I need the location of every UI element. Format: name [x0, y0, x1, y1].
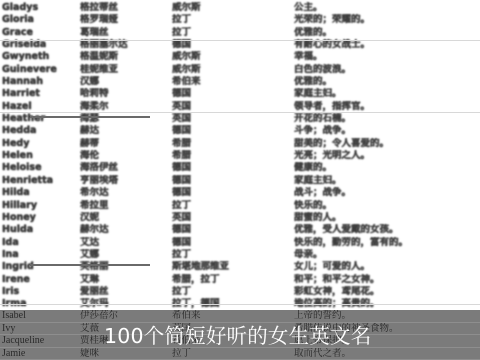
chinese-name-cell: 格温妮斯	[80, 51, 170, 63]
table-row: Grace葛瑞丝拉丁优雅的。	[0, 27, 480, 39]
meaning-cell: 和平；和平之女神。	[294, 274, 480, 286]
meaning-cell: 战斗；战争。	[294, 187, 480, 199]
chinese-name-cell: 葛瑞丝	[80, 27, 170, 39]
chinese-name-cell: 婕咪	[80, 348, 170, 360]
english-name-cell: Henrietta	[2, 175, 78, 187]
meaning-cell: 家庭主妇。	[294, 175, 480, 187]
english-name-cell: Heloise	[2, 162, 78, 174]
chinese-name-cell: 格拉蒂丝	[80, 2, 170, 14]
table-row: Hannah汉娜希伯来优雅的。	[0, 76, 480, 88]
chinese-name-cell: 希尔达	[80, 187, 170, 199]
table-row: Isabel伊莎蓓尔希伯来上帝的誓约。	[0, 310, 480, 323]
chinese-name-cell: 艾达	[80, 237, 170, 249]
origin-cell: 拉丁	[172, 14, 290, 26]
table-row: Hedda赫达德国斗争；战争。	[0, 125, 480, 137]
meaning-cell: 领导者，指挥官。	[294, 101, 480, 113]
origin-cell: 拉丁	[172, 200, 290, 212]
table-row: Irene艾琳希腊，拉丁和平；和平之女神。	[0, 274, 480, 286]
table-row: Gladys格拉蒂丝威尔斯公主。	[0, 2, 480, 14]
english-name-cell: Hilda	[2, 187, 78, 199]
origin-cell: 威尔斯	[172, 51, 290, 63]
english-name-cell: Jacqueline	[2, 335, 78, 347]
english-name-cell: Hillary	[2, 200, 78, 212]
table-row: Heather海瑟英国开花的石楠。	[0, 113, 480, 125]
chinese-name-cell: 爱丽丝	[80, 286, 170, 298]
chinese-name-cell: 汉娜	[80, 76, 170, 88]
origin-cell: 德国	[172, 187, 290, 199]
table-row: Honey汉妮英国甜蜜的人。	[0, 212, 480, 224]
meaning-cell: 健康的。	[294, 162, 480, 174]
meaning-cell: 甜美的；令人喜爱的。	[294, 138, 480, 150]
english-name-cell: Honey	[2, 212, 78, 224]
table-row: Jamie婕咪拉丁取而代之者。	[0, 348, 480, 360]
chinese-name-cell: 海瑟	[80, 113, 170, 125]
chinese-name-cell: 海柔尔	[80, 101, 170, 113]
english-name-cell: Heather	[2, 113, 78, 125]
chinese-name-cell: 艾琳	[80, 274, 170, 286]
meaning-cell: 光荣的；荣耀的。	[294, 14, 480, 26]
english-name-cell: Gwyneth	[2, 51, 78, 63]
english-name-cell: Irene	[2, 274, 78, 286]
english-name-cell: Guinevere	[2, 64, 78, 76]
origin-cell: 威尔斯	[172, 64, 290, 76]
origin-cell: 德国	[172, 125, 290, 137]
table-row: Harriet哈莉特德国家庭主妇。	[0, 88, 480, 100]
origin-cell: 英国	[172, 101, 290, 113]
origin-cell: 希伯来	[172, 310, 290, 322]
chinese-name-cell: 赫尔达	[80, 224, 170, 236]
english-name-cell: Jamie	[2, 348, 78, 360]
origin-cell: 拉丁	[172, 348, 290, 360]
origin-cell: 德国	[172, 237, 290, 249]
origin-cell: 拉丁	[172, 27, 290, 39]
meaning-cell: 快乐的，勤劳的，富有的。	[294, 237, 480, 249]
chinese-name-cell: 伊莎蓓尔	[80, 310, 170, 322]
english-name-cell: Hulda	[2, 224, 78, 236]
chinese-name-cell: 桂妮维亚	[80, 64, 170, 76]
chinese-name-cell: 海洛伊丝	[80, 162, 170, 174]
meaning-cell: 斗争；战争。	[294, 125, 480, 137]
meaning-cell: 幸福。	[294, 51, 480, 63]
table-row: Henrietta亨丽埃塔德国家庭主妇。	[0, 175, 480, 187]
table-row: Ina艾娜拉丁母亲。	[0, 249, 480, 261]
origin-cell: 斯堪地那维亚	[172, 261, 290, 273]
row-divider	[0, 112, 480, 113]
meaning-cell: 优雅的。	[294, 27, 480, 39]
table-row: Gwyneth格温妮斯威尔斯幸福。	[0, 51, 480, 63]
row-divider	[30, 116, 150, 118]
table-row: Hilda希尔达德国战斗；战争。	[0, 187, 480, 199]
table-row: Hedy赫蒂希腊甜美的；令人喜爱的。	[0, 138, 480, 150]
english-name-cell: Ivy	[2, 323, 78, 335]
table-row: Ida艾达德国快乐的，勤劳的，富有的。	[0, 237, 480, 249]
row-divider	[0, 40, 480, 41]
english-name-cell: Iris	[2, 286, 78, 298]
table-row: Guinevere桂妮维亚威尔斯白色的波浪。	[0, 64, 480, 76]
meaning-cell: 取而代之者。	[294, 348, 480, 360]
english-name-cell: Gloria	[2, 14, 78, 26]
chinese-name-cell: 格罗瑞娅	[80, 14, 170, 26]
meaning-cell: 女儿；可爱的人。	[294, 261, 480, 273]
meaning-cell: 白色的波浪。	[294, 64, 480, 76]
meaning-cell: 甜蜜的人。	[294, 212, 480, 224]
origin-cell: 希腊	[172, 150, 290, 162]
table-row: Helen海伦希腊光亮；光明之人。	[0, 150, 480, 162]
origin-cell: 英国	[172, 113, 290, 125]
origin-cell: 希伯来	[172, 76, 290, 88]
english-name-cell: Isabel	[2, 310, 78, 322]
meaning-cell: 上帝的誓约。	[294, 310, 480, 322]
meaning-cell: 公主。	[294, 2, 480, 14]
origin-cell: 希腊	[172, 138, 290, 150]
chinese-name-cell: 希拉里	[80, 200, 170, 212]
chinese-name-cell: 亨丽埃塔	[80, 175, 170, 187]
meaning-cell: 优雅，受人爱戴的女孩。	[294, 224, 480, 236]
meaning-cell: 光亮；光明之人。	[294, 150, 480, 162]
chinese-name-cell: 艾娜	[80, 249, 170, 261]
table-row: Hulda赫尔达德国优雅，受人爱戴的女孩。	[0, 224, 480, 236]
meaning-cell: 开花的石楠。	[294, 113, 480, 125]
chinese-name-cell: 赫蒂	[80, 138, 170, 150]
table-row: Gloria格罗瑞娅拉丁光荣的；荣耀的。	[0, 14, 480, 26]
chinese-name-cell: 海伦	[80, 150, 170, 162]
chinese-name-cell: 汉妮	[80, 212, 170, 224]
origin-cell: 希腊，拉丁	[172, 274, 290, 286]
meaning-cell: 彩虹女神，鸢尾花。	[294, 286, 480, 298]
table-row: Iris爱丽丝拉丁彩虹女神，鸢尾花。	[0, 286, 480, 298]
page-title: 100个简短好听的女生英文名	[104, 323, 371, 349]
meaning-cell: 快乐的。	[294, 200, 480, 212]
english-name-cell: Hedy	[2, 138, 78, 150]
origin-cell: 威尔斯	[172, 2, 290, 14]
meaning-cell: 家庭主妇。	[294, 88, 480, 100]
meaning-cell: 优雅的。	[294, 76, 480, 88]
english-name-cell: Hedda	[2, 125, 78, 137]
origin-cell: 德国	[172, 175, 290, 187]
chinese-name-cell: 哈莉特	[80, 88, 170, 100]
origin-cell: 英国	[172, 212, 290, 224]
english-name-cell: Harriet	[2, 88, 78, 100]
english-name-cell: Grace	[2, 27, 78, 39]
table-row: Heloise海洛伊丝德国健康的。	[0, 162, 480, 174]
english-name-cell: Helen	[2, 150, 78, 162]
origin-cell: 德国	[172, 88, 290, 100]
origin-cell: 拉丁	[172, 249, 290, 261]
english-name-cell: Ina	[2, 249, 78, 261]
english-name-cell: Gladys	[2, 2, 78, 14]
origin-cell: 拉丁	[172, 286, 290, 298]
chinese-name-cell: 赫达	[80, 125, 170, 137]
english-name-cell: Hazel	[2, 101, 78, 113]
meaning-cell: 母亲。	[294, 249, 480, 261]
origin-cell: 德国	[172, 162, 290, 174]
english-name-cell: Hannah	[2, 76, 78, 88]
origin-cell: 德国	[172, 224, 290, 236]
table-row: Hillary希拉里拉丁快乐的。	[0, 200, 480, 212]
row-divider	[0, 304, 480, 305]
row-divider	[30, 264, 150, 266]
english-name-cell: Ida	[2, 237, 78, 249]
